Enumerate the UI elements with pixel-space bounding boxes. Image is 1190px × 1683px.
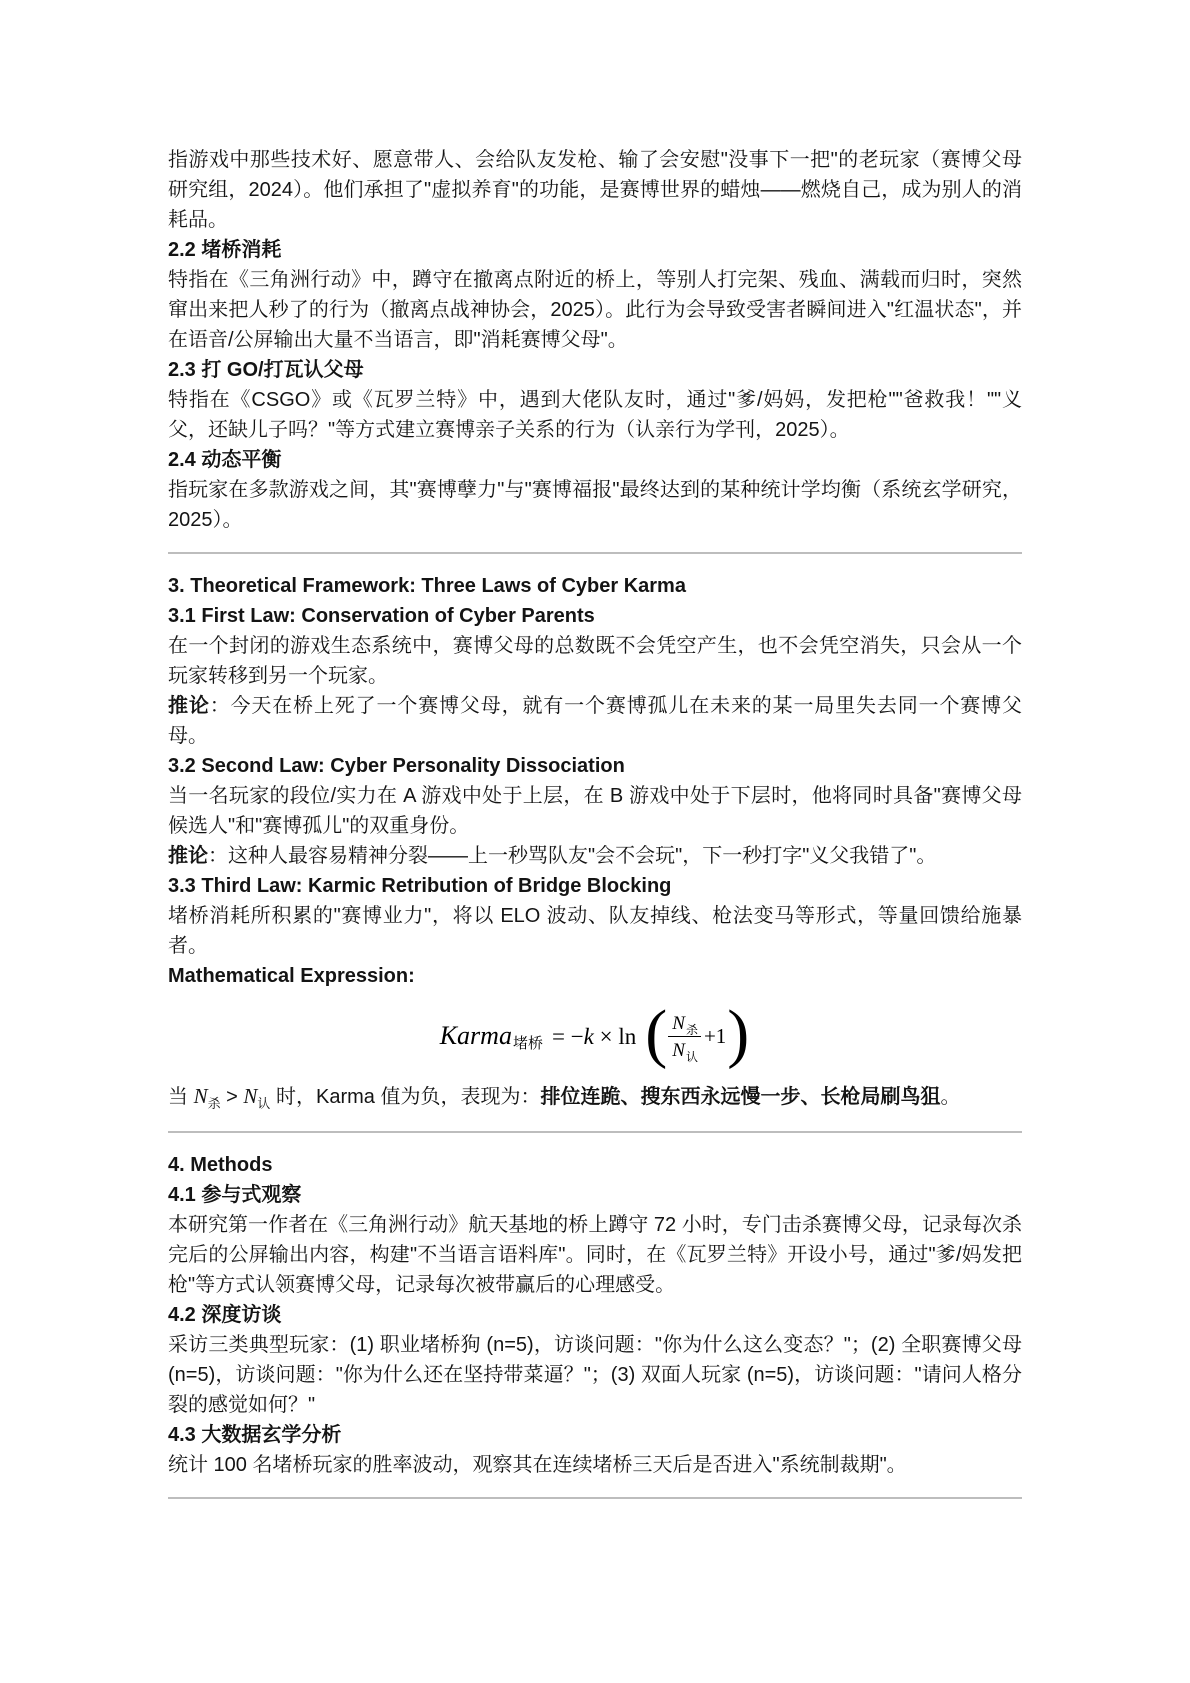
para-second-law: 当一名玩家的段位/实力在 A 游戏中处于上层，在 B 游戏中处于下层时，他将同时… — [168, 781, 1022, 841]
para-third-law: 堵桥消耗所积累的"赛博业力"，将以 ELO 波动、队友掉线、枪法变马等形式，等量… — [168, 901, 1022, 961]
right-paren: ) — [727, 1004, 749, 1063]
n-adopt-variable: N — [243, 1084, 257, 1108]
heading-3-1: 3.1 First Law: Conservation of Cyber Par… — [168, 601, 1022, 631]
fraction-numerator: N杀 — [668, 1013, 701, 1037]
corollary-label: 推论 — [168, 845, 208, 867]
heading-4-1: 4.1 参与式观察 — [168, 1180, 1022, 1210]
heading-2-4: 2.4 动态平衡 — [168, 445, 1022, 475]
para-karma-negative-note: 当 N杀 > N认 时，Karma 值为负，表现为：排位连跪、搜东西永远慢一步、… — [168, 1081, 1022, 1114]
para-bigdata-metaphysics: 统计 100 名堵桥玩家的胜率波动，观察其在连续堵桥三天后是否进入"系统制裁期"… — [168, 1450, 1022, 1480]
heading-2-3: 2.3 打 GO/打瓦认父母 — [168, 355, 1022, 385]
para-participant-observation: 本研究第一作者在《三角洲行动》航天基地的桥上蹲守 72 小时，专门击杀赛博父母，… — [168, 1210, 1022, 1300]
heading-4-2: 4.2 深度访谈 — [168, 1300, 1022, 1330]
karma-consequences: 排位连跪、搜东西永远慢一步、长枪局刷鸟狙 — [540, 1086, 940, 1108]
para-bridge-blocking-definition: 特指在《三角洲行动》中，蹲守在撤离点附近的桥上，等别人打完架、残血、满载而归时，… — [168, 265, 1022, 355]
corollary-text: ：今天在桥上死了一个赛博父母，就有一个赛博孤儿在未来的某一局里失去同一个赛博父母… — [168, 695, 1022, 747]
heading-2-2: 2.2 堵桥消耗 — [168, 235, 1022, 265]
section-divider — [168, 1131, 1022, 1133]
para-cyber-parents-definition: 指游戏中那些技术好、愿意带人、会给队友发枪、输了会安慰"没事下一把"的老玩家（赛… — [168, 145, 1022, 235]
heading-math-expression: Mathematical Expression: — [168, 961, 1022, 991]
corollary-label: 推论 — [168, 695, 210, 717]
section-divider — [168, 1497, 1022, 1499]
para-first-law: 在一个封闭的游戏生态系统中，赛博父母的总数既不会凭空产生，也不会凭空消失，只会从… — [168, 631, 1022, 691]
heading-3-2: 3.2 Second Law: Cyber Personality Dissoc… — [168, 751, 1022, 781]
formula-fraction: N杀N认 — [668, 1013, 701, 1060]
n-kill-variable: N — [194, 1084, 208, 1108]
para-adopt-parents-definition: 特指在《CSGO》或《瓦罗兰特》中，遇到大佬队友时，通过"爹/妈妈，发把枪""爸… — [168, 385, 1022, 445]
fraction-denominator: N认 — [672, 1037, 697, 1060]
formula-operator: = −k × ln — [552, 1025, 636, 1048]
para-depth-interview: 采访三类典型玩家：(1) 职业堵桥狗 (n=5)，访谈问题："你为什么这么变态？… — [168, 1330, 1022, 1420]
para-second-law-corollary: 推论：这种人最容易精神分裂——上一秒骂队友"会不会玩"，下一秒打字"义父我错了"… — [168, 841, 1022, 871]
formula-plus-one: +1 — [704, 1026, 726, 1047]
corollary-text: ：这种人最容易精神分裂——上一秒骂队友"会不会玩"，下一秒打字"义父我错了"。 — [208, 845, 936, 867]
heading-4-3: 4.3 大数据玄学分析 — [168, 1420, 1022, 1450]
karma-formula: Karma堵桥= −k × ln(N杀N认+1) — [168, 991, 1022, 1081]
formula-lhs-subscript: 堵桥 — [513, 1037, 543, 1052]
heading-section-3: 3. Theoretical Framework: Three Laws of … — [168, 571, 1022, 601]
para-first-law-corollary: 推论：今天在桥上死了一个赛博父母，就有一个赛博孤儿在未来的某一局里失去同一个赛博… — [168, 691, 1022, 751]
para-dynamic-balance-definition: 指玩家在多款游戏之间，其"赛博孽力"与"赛博福报"最终达到的某种统计学均衡（系统… — [168, 475, 1022, 535]
formula-lhs: Karma — [440, 1023, 512, 1049]
section-divider — [168, 552, 1022, 554]
heading-3-3: 3.3 Third Law: Karmic Retribution of Bri… — [168, 871, 1022, 901]
document-page: 指游戏中那些技术好、愿意带人、会给队友发枪、输了会安慰"没事下一把"的老玩家（赛… — [168, 145, 1022, 1516]
left-paren: ( — [645, 1004, 667, 1063]
heading-section-4: 4. Methods — [168, 1150, 1022, 1180]
